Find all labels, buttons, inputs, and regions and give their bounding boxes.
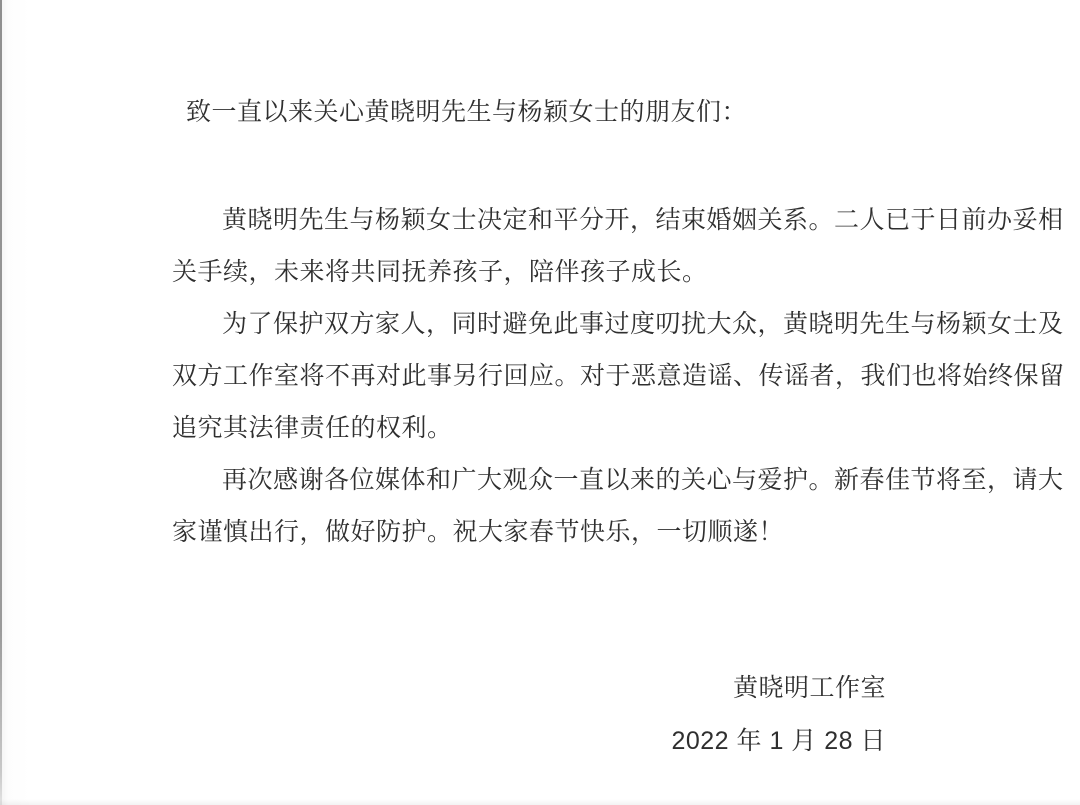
photo-bottom-edge-shade — [0, 799, 1080, 805]
statement-line: 再次感谢各位媒体和广大观众一直以来的关心与爱护。新春佳节将至，请大 — [172, 454, 1080, 506]
statement-line: 追究其法律责任的权利。 — [172, 402, 1080, 454]
statement-letter: 致一直以来关心黄晓明先生与杨颖女士的朋友们： 黄晓明先生与杨颖女士决定和平分开，… — [0, 0, 1080, 805]
statement-line: 双方工作室将不再对此事另行回应。对于恶意造谣、传谣者，我们也将始终保留 — [172, 350, 1080, 402]
statement-line: 为了保护双方家人，同时避免此事过度叨扰大众，黄晓明先生与杨颖女士及 — [172, 298, 1080, 350]
statement-line: 家谨慎出行，做好防护。祝大家春节快乐，一切顺遂！ — [172, 506, 1080, 558]
salutation-line: 致一直以来关心黄晓明先生与杨颖女士的朋友们： — [172, 86, 1080, 138]
statement-date: 2022 年 1 月 28 日 — [172, 715, 1080, 767]
statement-line: 黄晓明先生与杨颖女士决定和平分开，结束婚姻关系。二人已于日前办妥相 — [172, 194, 1080, 246]
statement-line: 关手续，未来将共同抚养孩子，陪伴孩子成长。 — [172, 246, 1080, 298]
signature: 黄晓明工作室 — [172, 662, 1080, 714]
statement-photo: 致一直以来关心黄晓明先生与杨颖女士的朋友们： 黄晓明先生与杨颖女士决定和平分开，… — [0, 0, 1080, 805]
